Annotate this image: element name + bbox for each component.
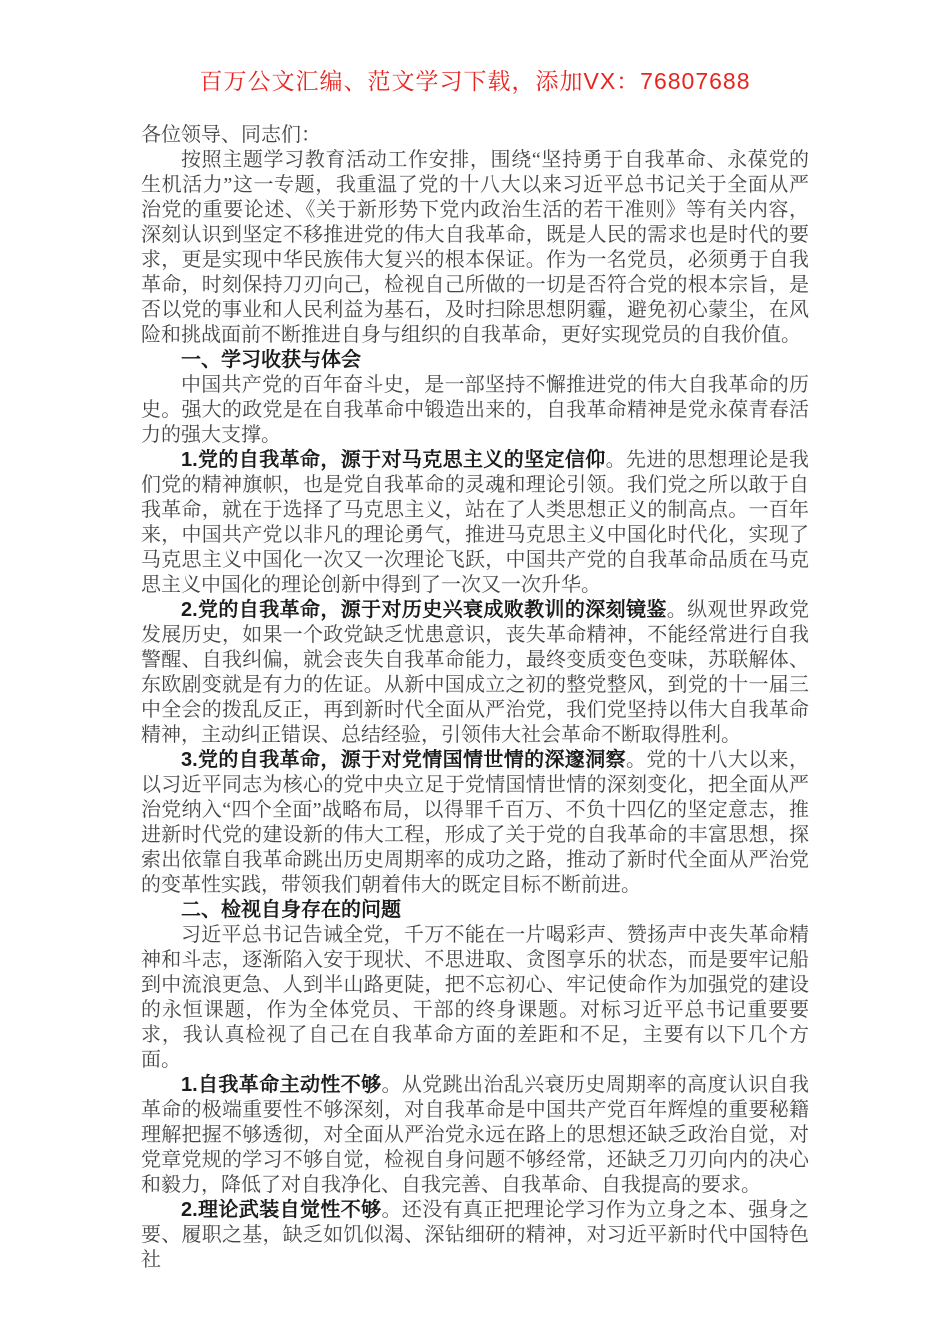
- paragraph: 1.自我革命主动性不够。从党跳出治乱兴衰历史周期率的高度认识自我革命的极端重要性…: [141, 1073, 809, 1198]
- paragraph-text: 中国共产党的百年奋斗史，是一部坚持不懈推进党的伟大自我革命的历史。强大的政党是在…: [141, 374, 809, 446]
- paragraph-text: 各位领导、同志们：: [141, 124, 321, 146]
- paragraph: 中国共产党的百年奋斗史，是一部坚持不懈推进党的伟大自我革命的历史。强大的政党是在…: [141, 373, 809, 448]
- paragraph-lead: 2.理论武装自觉性不够: [181, 1199, 381, 1221]
- promo-banner-text: 百万公文汇编、范文学习下载，添加VX：76807688: [0, 0, 950, 96]
- paragraph-text: 。党的十八大以来，以习近平同志为核心的党中央立足于党情国情世情的深刻变化，把全面…: [141, 749, 809, 896]
- paragraph: 各位领导、同志们：: [141, 123, 809, 148]
- paragraph-lead: 1.自我革命主动性不够: [181, 1074, 381, 1096]
- paragraph: 2.党的自我革命，源于对历史兴衰成败教训的深刻镜鉴。纵观世界政党发展历史，如果一…: [141, 598, 809, 748]
- paragraph: 按照主题学习教育活动工作安排，围绕“坚持勇于自我革命、永葆党的生机活力”这一专题…: [141, 148, 809, 348]
- paragraph: 2.理论武装自觉性不够。还没有真正把理论学习作为立身之本、强身之要、履职之基，缺…: [141, 1198, 809, 1273]
- document-page: 百万公文汇编、范文学习下载，添加VX：76807688 各位领导、同志们：按照主…: [0, 0, 950, 1344]
- paragraph-lead: 1.党的自我革命，源于对马克思主义的坚定信仰: [181, 449, 606, 471]
- paragraph: 习近平总书记告诫全党，千万不能在一片喝彩声、赞扬声中丧失革命精神和斗志，逐渐陷入…: [141, 923, 809, 1073]
- section-heading: 一、学习收获与体会: [141, 348, 809, 373]
- paragraph-lead: 2.党的自我革命，源于对历史兴衰成败教训的深刻镜鉴: [181, 599, 667, 621]
- paragraph-text: 一、学习收获与体会: [181, 349, 361, 371]
- paragraph: 1.党的自我革命，源于对马克思主义的坚定信仰。先进的思想理论是我们党的精神旗帜，…: [141, 448, 809, 598]
- paragraph-lead: 3.党的自我革命，源于对党情国情世情的深邃洞察: [181, 749, 626, 771]
- paragraph-text: 二、检视自身存在的问题: [181, 899, 401, 921]
- paragraph-text: 。纵观世界政党发展历史，如果一个政党缺乏忧患意识，丧失革命精神，不能经常进行自我…: [141, 599, 809, 746]
- paragraph-text: 。先进的思想理论是我们党的精神旗帜，也是党自我革命的灵魂和理论引领。我们党之所以…: [141, 449, 809, 596]
- paragraph-text: 习近平总书记告诫全党，千万不能在一片喝彩声、赞扬声中丧失革命精神和斗志，逐渐陷入…: [141, 924, 809, 1071]
- paragraph-text: 按照主题学习教育活动工作安排，围绕“坚持勇于自我革命、永葆党的生机活力”这一专题…: [141, 149, 809, 346]
- document-body: 各位领导、同志们：按照主题学习教育活动工作安排，围绕“坚持勇于自我革命、永葆党的…: [141, 123, 809, 1273]
- section-heading: 二、检视自身存在的问题: [141, 898, 809, 923]
- paragraph: 3.党的自我革命，源于对党情国情世情的深邃洞察。党的十八大以来，以习近平同志为核…: [141, 748, 809, 898]
